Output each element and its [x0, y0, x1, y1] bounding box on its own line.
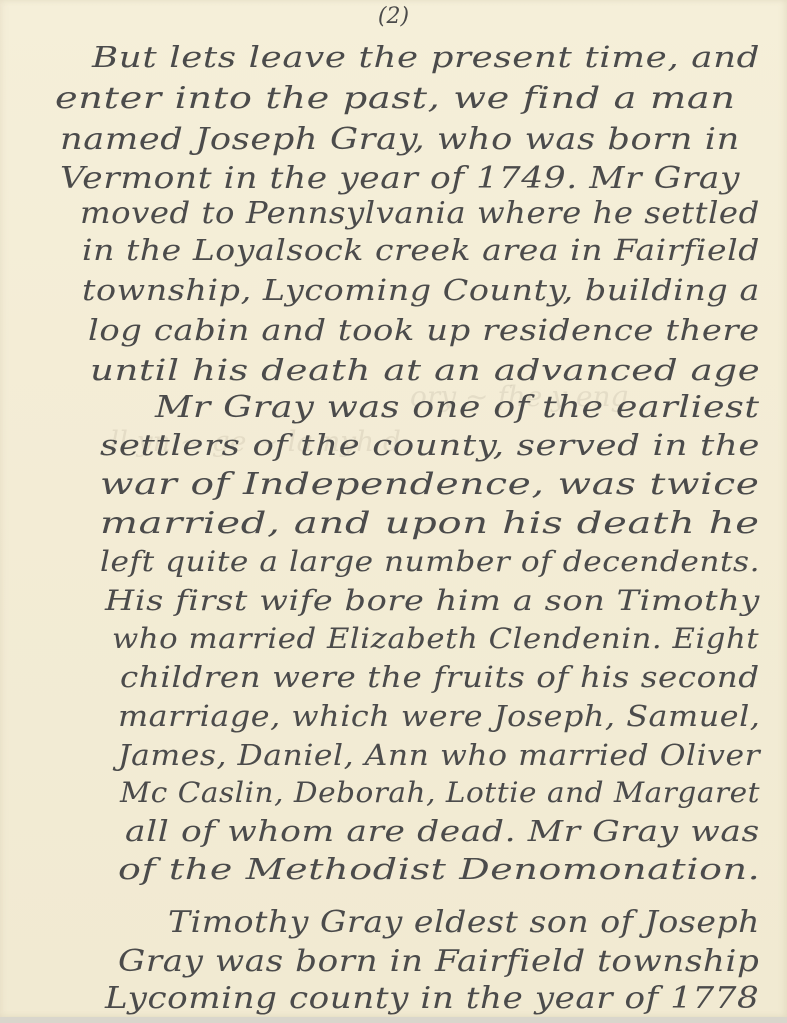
text-line: in the Loyalsock creek area in Fairfield: [82, 233, 760, 267]
text-line: named Joseph Gray, who was born in: [60, 122, 740, 157]
text-line: Mr Gray was one of the earliest: [155, 390, 760, 425]
text-line: war of Independence, was twice: [100, 467, 760, 502]
text-line: His first wife bore him a son Timothy: [105, 584, 760, 617]
text-line: enter into the past, we find a man: [55, 81, 736, 116]
text-line: married, and upon his death he: [100, 506, 760, 541]
page-number: (2): [0, 4, 787, 29]
text-line: of the Methodist Denomonation.: [118, 852, 760, 886]
text-line: children were the fruits of his second: [120, 660, 760, 694]
text-line: James, Daniel, Ann who married Oliver: [118, 738, 760, 772]
text-line: moved to Pennsylvania where he settled: [80, 196, 760, 231]
text-line: Timothy Gray eldest son of Joseph: [168, 905, 760, 940]
handwritten-page: (2) ory ~ fhe y eng ll yn ~ ge ~ la nyh …: [0, 0, 787, 1017]
text-line: But lets leave the present time, and: [92, 40, 760, 74]
text-line: settlers of the county, served in the: [100, 428, 760, 462]
text-line: Mc Caslin, Deborah, Lottie and Margaret: [120, 776, 760, 809]
text-line: log cabin and took up residence there: [88, 313, 760, 347]
text-line: until his death at an advanced age: [90, 353, 760, 387]
text-line: all of whom are dead. Mr Gray was: [125, 814, 760, 848]
text-line: Lycoming county in the year of 1778: [105, 981, 759, 1016]
text-line: Vermont in the year of 1749. Mr Gray: [60, 161, 740, 196]
text-line: Gray was born in Fairfield township: [118, 944, 759, 979]
text-line: township, Lycoming County, building a: [82, 273, 760, 307]
text-line: who married Elizabeth Clendenin. Eight: [112, 622, 759, 655]
text-line: left quite a large number of decendents.: [100, 545, 760, 578]
page-bottom-edge: [0, 1017, 787, 1023]
text-line: marriage, which were Joseph, Samuel,: [118, 699, 760, 733]
